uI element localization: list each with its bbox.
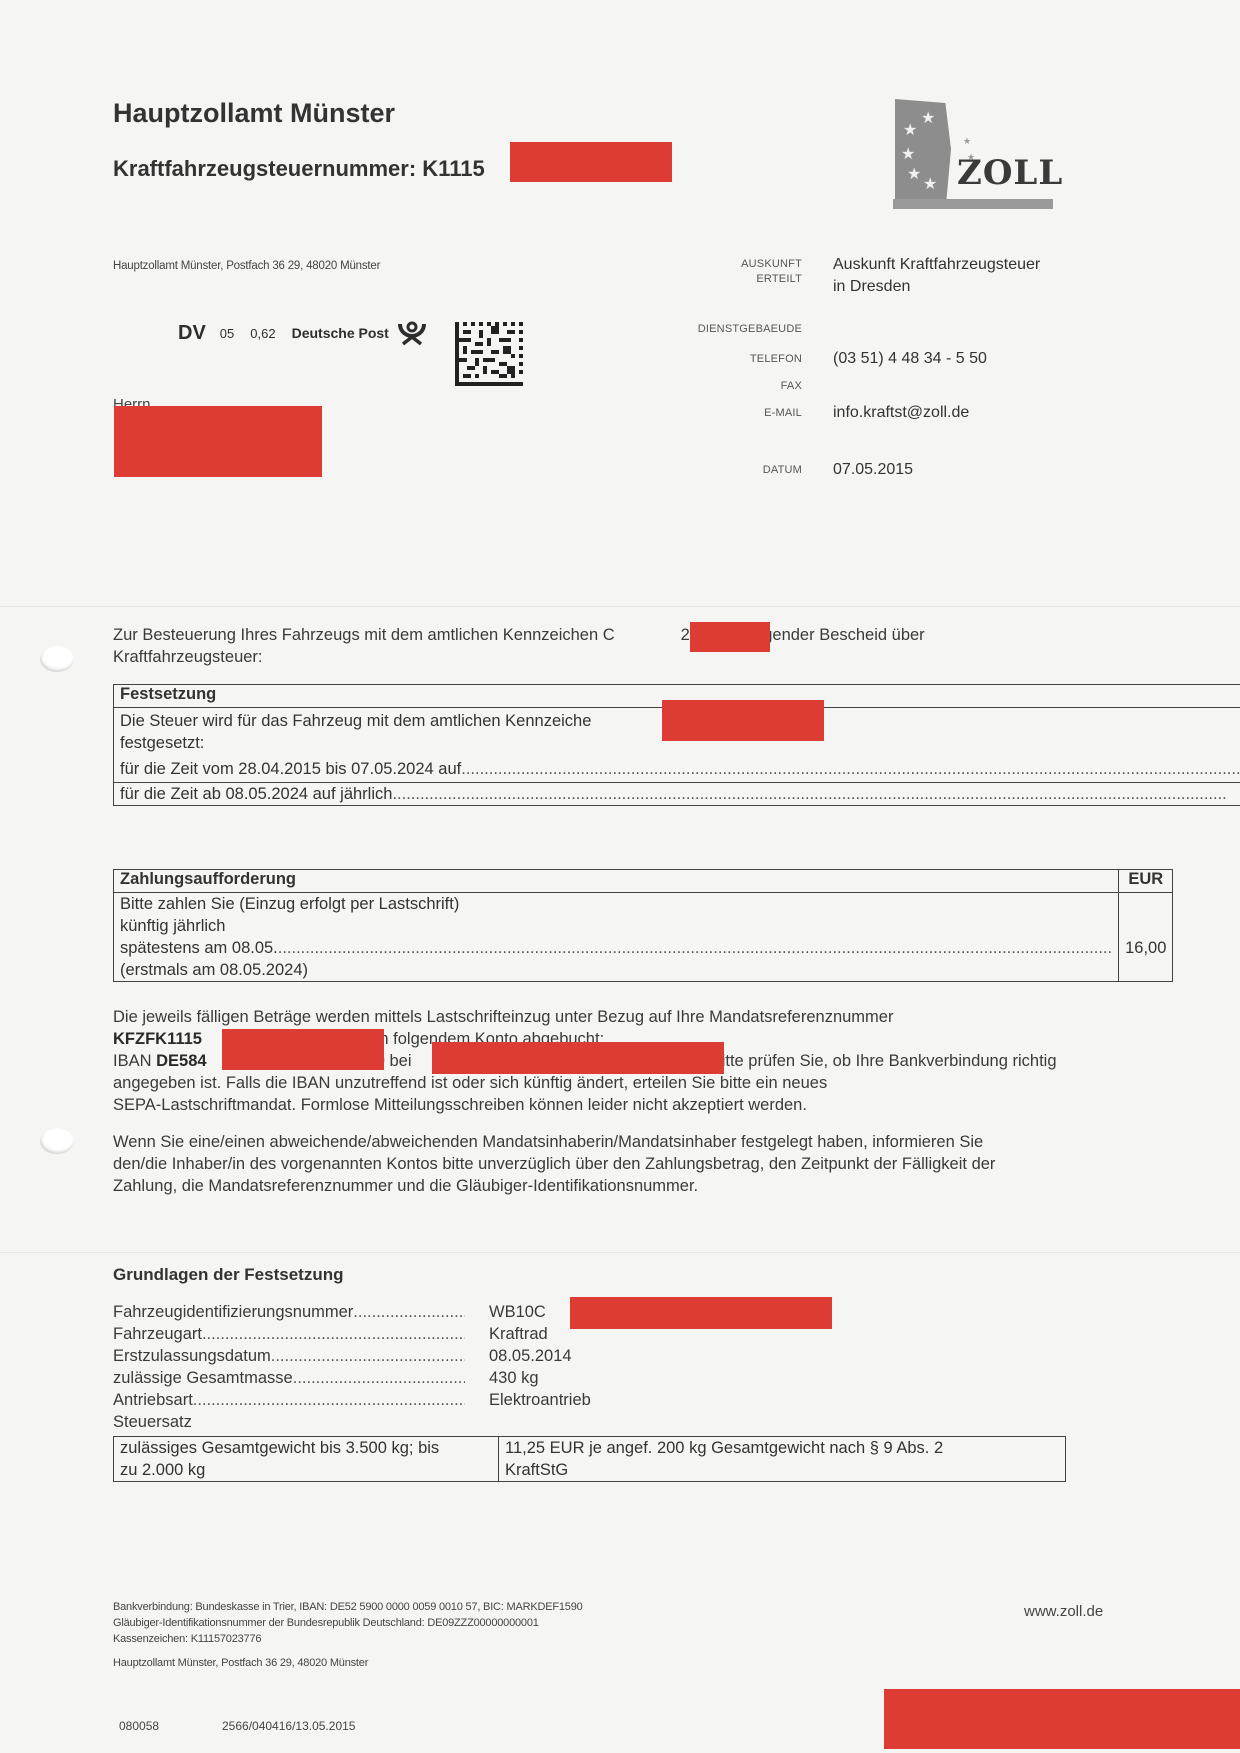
zahlung-text: spätestens am 08.05. bbox=[120, 937, 278, 959]
list-item: AntriebsartElektroantrieb bbox=[113, 1389, 591, 1411]
zahlung-text: künftig jährlich bbox=[120, 915, 225, 937]
sepa-text: . Bitte prüfen Sie, ob Ihre Bankverbindu… bbox=[702, 1052, 1057, 1070]
grundlagen-key: Fahrzeugart bbox=[113, 1323, 202, 1345]
paper-fold bbox=[0, 606, 1240, 608]
info-label-email: E-MAIL bbox=[622, 407, 802, 419]
grundlagen-key: Antriebsart bbox=[113, 1389, 193, 1411]
row-label: für die Zeit ab 08.05.2024 auf jährlich bbox=[120, 783, 392, 805]
iban-label: IBAN bbox=[113, 1052, 156, 1070]
festsetzung-text: Die Steuer wird für das Fahrzeug mit dem… bbox=[120, 710, 591, 732]
logo-text: ZOLL bbox=[957, 153, 1063, 193]
steuersatz-condition: zu 2.000 kg bbox=[120, 1459, 492, 1481]
vin-redaction bbox=[570, 1297, 832, 1329]
punch-hole bbox=[40, 1128, 74, 1154]
office-title: Hauptzollamt Münster bbox=[113, 98, 395, 129]
info-label-erteilt: ERTEILT bbox=[622, 273, 802, 285]
logo-bar bbox=[893, 199, 1053, 209]
zahlung-table: Zahlungsaufforderung EUR Bitte zahlen Si… bbox=[113, 869, 1173, 982]
sepa-text: angegeben ist. Falls die IBAN unzutreffe… bbox=[113, 1072, 1057, 1094]
zoll-logo: ★ ★ ★ ★ ★ ★ ★ ZOLL bbox=[893, 97, 1056, 213]
grundlagen-value: WB10C bbox=[473, 1301, 546, 1323]
grundlagen-list: FahrzeugidentifizierungsnummerWB10C Fahr… bbox=[113, 1301, 591, 1433]
sender-line: Hauptzollamt Münster, Postfach 36 29, 48… bbox=[113, 260, 380, 272]
star-icon: ★ bbox=[963, 133, 971, 149]
intro-text-c: Kraftfahrzeugsteuer: bbox=[113, 646, 925, 668]
franking-code: DV bbox=[178, 322, 206, 345]
info-value-email[interactable]: info.kraftst@zoll.de bbox=[833, 404, 969, 422]
grundlagen-value: 430 kg bbox=[473, 1367, 539, 1389]
bank-redaction bbox=[432, 1042, 724, 1074]
festsetzung-text: festgesetzt: bbox=[120, 732, 204, 758]
grundlagen-value: Elektroantrieb bbox=[473, 1389, 591, 1411]
leader-dots bbox=[271, 1345, 465, 1367]
mandate-text: den/die Inhaber/in des vorgenannten Kont… bbox=[113, 1153, 995, 1175]
amount: 16,00 bbox=[1125, 937, 1166, 959]
star-icon: ★ bbox=[903, 123, 917, 139]
leader-dots bbox=[392, 783, 1240, 805]
posthorn-icon bbox=[395, 320, 429, 346]
grundlagen-value: Kraftrad bbox=[473, 1323, 548, 1345]
leader-dots bbox=[278, 937, 1112, 959]
mandate-holder-paragraph: Wenn Sie eine/einen abweichende/abweiche… bbox=[113, 1131, 995, 1197]
info-value-auskunft-city: in Dresden bbox=[833, 278, 910, 296]
list-item: zulässige Gesamtmasse430 kg bbox=[113, 1367, 591, 1389]
zahlung-text: Bitte zahlen Sie (Einzug erfolgt per Las… bbox=[120, 893, 459, 915]
star-icon: ★ bbox=[923, 177, 937, 193]
intro-paragraph: Zur Besteuerung Ihres Fahrzeugs mit dem … bbox=[113, 624, 925, 668]
zahlung-header: Zahlungsaufforderung bbox=[114, 870, 1119, 893]
leader-dots bbox=[202, 1323, 465, 1345]
info-label-dienstgebaeude: DIENSTGEBAEUDE bbox=[622, 323, 802, 335]
grundlagen-value: 08.05.2014 bbox=[473, 1345, 572, 1367]
footer-bank: Bankverbindung: Bundeskasse in Trier, IB… bbox=[113, 1599, 583, 1615]
intro-text-a: Zur Besteuerung Ihres Fahrzeugs mit dem … bbox=[113, 626, 615, 644]
footer-creditor-id: Gläubiger-Identifikationsnummer der Bund… bbox=[113, 1615, 583, 1631]
row-label: für die Zeit vom 28.04.2015 bis 07.05.20… bbox=[120, 758, 461, 780]
info-label-auskunft: AUSKUNFT bbox=[622, 258, 802, 270]
leader-dots bbox=[293, 1367, 465, 1389]
info-label-telefon: TELEFON bbox=[622, 353, 802, 365]
footer-address: Hauptzollamt Münster, Postfach 36 29, 48… bbox=[113, 1655, 368, 1671]
list-item: Erstzulassungsdatum08.05.2014 bbox=[113, 1345, 591, 1367]
info-label-datum: DATUM bbox=[622, 464, 802, 476]
paper-fold bbox=[0, 1252, 1240, 1254]
website-link[interactable]: www.zoll.de bbox=[1024, 1603, 1103, 1620]
info-value-datum: 07.05.2015 bbox=[833, 461, 913, 479]
mandate-text: Zahlung, die Mandatsreferenznummer und d… bbox=[113, 1175, 995, 1197]
steuersatz-condition: zulässiges Gesamtgewicht bis 3.500 kg; b… bbox=[120, 1437, 492, 1459]
sepa-text: Die jeweils fälligen Beträge werden mitt… bbox=[113, 1006, 1057, 1028]
recipient-address-redaction bbox=[114, 406, 322, 477]
star-icon: ★ bbox=[901, 147, 915, 163]
plate-redaction bbox=[662, 700, 824, 741]
steuersatz-rate: KraftStG bbox=[505, 1459, 1059, 1481]
leader-dots bbox=[461, 758, 1240, 780]
franking-price: 0,62 bbox=[250, 326, 275, 341]
list-item: FahrzeugidentifizierungsnummerWB10C bbox=[113, 1301, 591, 1323]
mandate-reference: KFZFK1115 bbox=[113, 1030, 202, 1048]
carrier-name: Deutsche Post bbox=[292, 325, 389, 341]
star-icon: ★ bbox=[921, 111, 935, 127]
franking-mark: DV 05 0,62 Deutsche Post bbox=[178, 320, 429, 346]
footer-kassenzeichen: Kassenzeichen: K11157023776 bbox=[113, 1631, 583, 1647]
mandate-redaction bbox=[222, 1029, 384, 1070]
redaction bbox=[510, 142, 672, 182]
info-value-telefon: (03 51) 4 48 34 - 5 50 bbox=[833, 350, 987, 368]
steuersatz-table: zulässiges Gesamtgewicht bis 3.500 kg; b… bbox=[113, 1436, 1066, 1482]
leader-dots bbox=[193, 1389, 465, 1411]
table-row: für die Zeit vom 28.04.2015 bis 07.05.20… bbox=[120, 758, 1240, 780]
sepa-text: bei bbox=[385, 1052, 412, 1070]
steuersatz-label: Steuersatz bbox=[113, 1411, 591, 1433]
plate-redaction bbox=[690, 622, 770, 652]
doc-code-1: 080058 bbox=[119, 1719, 159, 1733]
bottom-redaction bbox=[884, 1689, 1240, 1749]
steuersatz-rate: 11,25 EUR je angef. 200 kg Gesamtgewicht… bbox=[505, 1437, 1059, 1459]
info-value-auskunft: Auskunft Kraftfahrzeugsteuer bbox=[833, 256, 1040, 274]
sepa-text: SEPA-Lastschriftmandat. Formlose Mitteil… bbox=[113, 1094, 1057, 1116]
grundlagen-key: zulässige Gesamtmasse bbox=[113, 1367, 293, 1389]
datamatrix-code-icon bbox=[455, 321, 523, 387]
table-row: für die Zeit ab 08.05.2024 auf jährlich bbox=[120, 783, 1240, 805]
doc-code-2: 2566/040416/13.05.2015 bbox=[222, 1719, 355, 1733]
grundlagen-title: Grundlagen der Festsetzung bbox=[113, 1265, 343, 1285]
grundlagen-key: Erstzulassungsdatum bbox=[113, 1345, 271, 1367]
iban-value: DE584 bbox=[156, 1052, 206, 1070]
grundlagen-key: Fahrzeugidentifizierungsnummer bbox=[113, 1301, 353, 1323]
list-item: FahrzeugartKraftrad bbox=[113, 1323, 591, 1345]
star-icon: ★ bbox=[907, 167, 921, 183]
leader-dots bbox=[353, 1301, 465, 1323]
info-label-fax: FAX bbox=[622, 380, 802, 392]
tax-number: Kraftfahrzeugsteuernummer: K1115 bbox=[113, 156, 485, 182]
zahlung-text: (erstmals am 08.05.2024) bbox=[120, 959, 308, 981]
mandate-text: Wenn Sie eine/einen abweichende/abweiche… bbox=[113, 1131, 995, 1153]
punch-hole bbox=[40, 646, 74, 672]
footer-bank-block: Bankverbindung: Bundeskasse in Trier, IB… bbox=[113, 1599, 583, 1647]
zahlung-currency: EUR bbox=[1119, 870, 1173, 893]
franking-num: 05 bbox=[220, 326, 234, 341]
